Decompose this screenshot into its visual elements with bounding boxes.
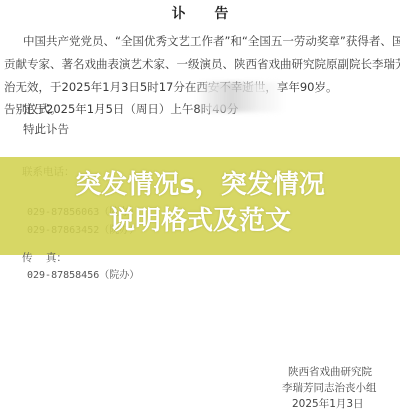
signature-org: 陕西省戏曲研究院 bbox=[288, 364, 372, 379]
paragraph-line-2: 贡献专家、著名戏曲表演艺术家、一级演员、陕西省戏曲研究院原副院长李瑞芳同志因病医 bbox=[4, 53, 400, 76]
paragraph-line-1: 中国共产党党员、“全国优秀文艺工作者”和“全国五一劳动奖章”获得者、国务院有突出 bbox=[4, 30, 400, 53]
banner-line-1: 突发情况s，突发情况 bbox=[0, 167, 400, 203]
banner-headline: 突发情况s，突发情况 说明格式及范文 bbox=[0, 167, 400, 239]
obituary-page: 讣 告 中国共产党党员、“全国优秀文艺工作者”和“全国五一劳动奖章”获得者、国务… bbox=[0, 0, 400, 413]
banner-line-2: 说明格式及范文 bbox=[0, 203, 400, 239]
fax-label: 传 真： bbox=[22, 250, 67, 265]
signature-committee: 李瑞芳同志治丧小组 bbox=[282, 380, 377, 395]
document-title: 讣 告 bbox=[0, 3, 400, 23]
fax-number: 029-87858456（院办） bbox=[27, 266, 139, 281]
paragraph-closing: 特此讣告 bbox=[4, 118, 400, 141]
signature-date: 2025年1月3日 bbox=[292, 396, 364, 411]
